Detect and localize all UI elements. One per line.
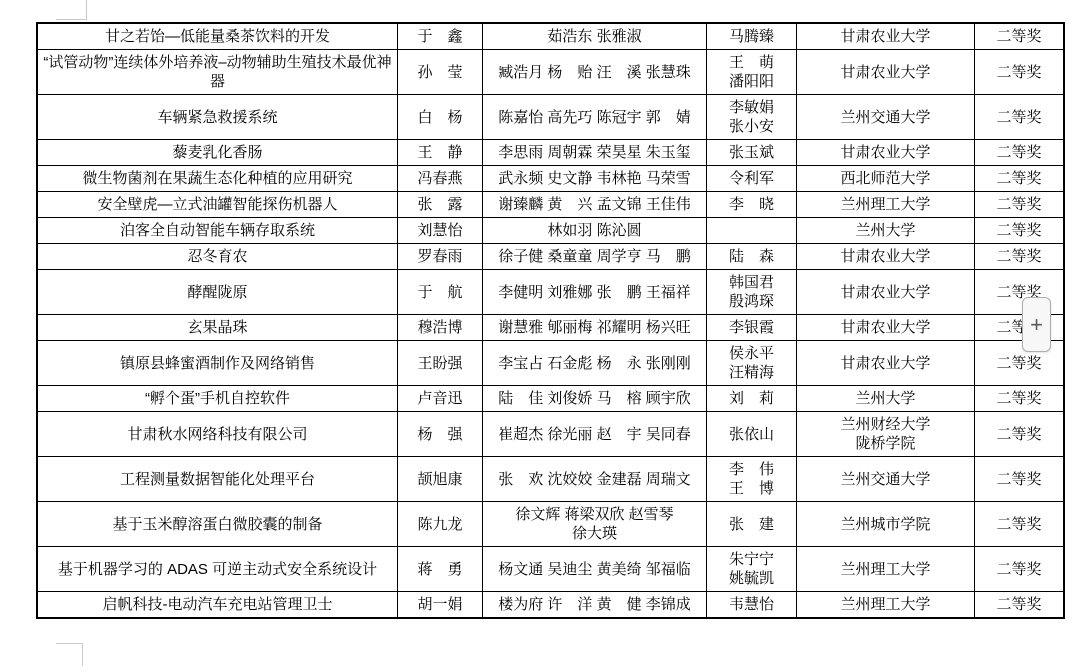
table-row: 甘之若饴—低能量桑茶饮料的开发 于 鑫 茹浩东 张雅淑 马腾臻 甘肃农业大学 二… [37, 23, 1064, 50]
advisors-cell[interactable] [707, 218, 797, 244]
award-level-cell[interactable]: 二等奖 [975, 244, 1065, 270]
leader-name-cell[interactable]: 陈九龙 [398, 502, 483, 547]
project-name-cell[interactable]: 安全壁虎—立式油罐智能探伤机器人 [37, 192, 398, 218]
table-row: 车辆紧急救援系统 白 杨 陈嘉怡 高先巧 陈冠宇 郭 婧 李敏娟 张小安 兰州交… [37, 95, 1064, 140]
table-row: 忍冬育农 罗春雨 徐子健 桑童童 周学亨 马 鹏 陆 森 甘肃农业大学 二等奖 [37, 244, 1064, 270]
team-members-cell[interactable]: 李宝占 石金彪 杨 永 张刚刚 [483, 341, 707, 386]
leader-name-cell[interactable]: 张 露 [398, 192, 483, 218]
university-cell[interactable]: 甘肃农业大学 [797, 270, 975, 315]
project-name-cell[interactable]: 玄果晶珠 [37, 315, 398, 341]
table-row: 启帆科技-电动汽车充电站管理卫士 胡一娟 楼为府 许 洋 黄 健 李锦成 韦慧怡… [37, 592, 1064, 619]
team-members-cell[interactable]: 徐文辉 蒋梁双欣 赵雪琴 徐大瑛 [483, 502, 707, 547]
award-table-body: 甘之若饴—低能量桑茶饮料的开发 于 鑫 茹浩东 张雅淑 马腾臻 甘肃农业大学 二… [37, 23, 1064, 618]
award-level-cell[interactable]: 二等奖 [975, 457, 1065, 502]
plus-icon: + [1030, 314, 1043, 336]
university-cell[interactable]: 甘肃农业大学 [797, 140, 975, 166]
leader-name-cell[interactable]: 白 杨 [398, 95, 483, 140]
university-cell[interactable]: 兰州大学 [797, 218, 975, 244]
project-name-cell[interactable]: 酵醒陇原 [37, 270, 398, 315]
leader-name-cell[interactable]: 孙 莹 [398, 50, 483, 95]
team-members-cell[interactable]: 徐子健 桑童童 周学亨 马 鹏 [483, 244, 707, 270]
leader-name-cell[interactable]: 王盼强 [398, 341, 483, 386]
advisors-cell[interactable]: 王 萌 潘阳阳 [707, 50, 797, 95]
award-level-cell[interactable]: 二等奖 [975, 592, 1065, 619]
university-cell[interactable]: 兰州财经大学 陇桥学院 [797, 412, 975, 457]
leader-name-cell[interactable]: 蒋 勇 [398, 547, 483, 592]
table-row: 甘肃秋水网络科技有限公司 杨 强 崔超杰 徐光丽 赵 宇 吴同春 张依山 兰州财… [37, 412, 1064, 457]
award-level-cell[interactable]: 二等奖 [975, 166, 1065, 192]
table-row: 微生物菌剂在果蔬生态化种植的应用研究 冯春燕 武永频 史文静 韦林艳 马荣雪 令… [37, 166, 1064, 192]
award-list-table: 甘之若饴—低能量桑茶饮料的开发 于 鑫 茹浩东 张雅淑 马腾臻 甘肃农业大学 二… [36, 22, 1065, 619]
award-level-cell[interactable]: 二等奖 [975, 192, 1065, 218]
leader-name-cell[interactable]: 冯春燕 [398, 166, 483, 192]
page-boundary-crop-mark-bottom [56, 643, 83, 666]
team-members-cell[interactable]: 谢慧雅 郇丽梅 祁耀明 杨兴旺 [483, 315, 707, 341]
table-row: “试管动物”连续体外培养液–动物辅助生殖技术最优神器 孙 莹 臧浩月 杨 贻 汪… [37, 50, 1064, 95]
university-cell[interactable]: 甘肃农业大学 [797, 244, 975, 270]
document-page: 甘之若饴—低能量桑茶饮料的开发 于 鑫 茹浩东 张雅淑 马腾臻 甘肃农业大学 二… [0, 0, 1087, 672]
table-row: 基于玉米醇溶蛋白微胶囊的制备 陈九龙 徐文辉 蒋梁双欣 赵雪琴 徐大瑛 张 建 … [37, 502, 1064, 547]
leader-name-cell[interactable]: 杨 强 [398, 412, 483, 457]
team-members-cell[interactable]: 李思雨 周朝霖 荣昊星 朱玉玺 [483, 140, 707, 166]
team-members-cell[interactable]: 林如羽 陈沁圆 [483, 218, 707, 244]
project-name-cell[interactable]: 基于玉米醇溶蛋白微胶囊的制备 [37, 502, 398, 547]
project-name-cell[interactable]: 启帆科技-电动汽车充电站管理卫士 [37, 592, 398, 619]
award-level-cell[interactable]: 二等奖 [975, 95, 1065, 140]
advisors-cell[interactable]: 朱宁宁 姚毓凯 [707, 547, 797, 592]
advisors-cell[interactable]: 陆 森 [707, 244, 797, 270]
award-level-cell[interactable]: 二等奖 [975, 50, 1065, 95]
leader-name-cell[interactable]: 胡一娟 [398, 592, 483, 619]
award-level-cell[interactable]: 二等奖 [975, 502, 1065, 547]
project-name-cell[interactable]: “试管动物”连续体外培养液–动物辅助生殖技术最优神器 [37, 50, 398, 95]
advisors-cell[interactable]: 令利军 [707, 166, 797, 192]
team-members-cell[interactable]: 李健明 刘雅娜 张 鹏 王福祥 [483, 270, 707, 315]
project-name-cell[interactable]: 基于机器学习的 ADAS 可逆主动式安全系统设计 [37, 547, 398, 592]
project-name-cell[interactable]: 车辆紧急救援系统 [37, 95, 398, 140]
page-boundary-crop-mark-top [56, 0, 87, 20]
table-row: 基于机器学习的 ADAS 可逆主动式安全系统设计 蒋 勇 杨文通 吴迪尘 黄美绮… [37, 547, 1064, 592]
advisors-cell[interactable]: 张依山 [707, 412, 797, 457]
advisors-cell[interactable]: 张 建 [707, 502, 797, 547]
project-name-cell[interactable]: 甘之若饴—低能量桑茶饮料的开发 [37, 23, 398, 50]
award-level-cell[interactable]: 二等奖 [975, 23, 1065, 50]
table-row: 镇原县蜂蜜酒制作及网络销售 王盼强 李宝占 石金彪 杨 永 张刚刚 侯永平 汪精… [37, 341, 1064, 386]
team-members-cell[interactable]: 茹浩东 张雅淑 [483, 23, 707, 50]
team-members-cell[interactable]: 武永频 史文静 韦林艳 马荣雪 [483, 166, 707, 192]
project-name-cell[interactable]: “孵个蛋”手机自控软件 [37, 386, 398, 412]
team-members-cell[interactable]: 崔超杰 徐光丽 赵 宇 吴同春 [483, 412, 707, 457]
award-level-cell[interactable]: 二等奖 [975, 412, 1065, 457]
table-row: 工程测量数据智能化处理平台 颉旭康 张 欢 沈姣姣 金建磊 周瑞文 李 伟 王 … [37, 457, 1064, 502]
project-name-cell[interactable]: 忍冬育农 [37, 244, 398, 270]
award-level-cell[interactable]: 二等奖 [975, 218, 1065, 244]
award-level-cell[interactable]: 二等奖 [975, 386, 1065, 412]
add-row-button[interactable]: + [1022, 297, 1051, 352]
table-row: 玄果晶珠 穆浩博 谢慧雅 郇丽梅 祁耀明 杨兴旺 李银霞 甘肃农业大学 二等奖 [37, 315, 1064, 341]
university-cell[interactable]: 甘肃农业大学 [797, 315, 975, 341]
award-level-cell[interactable]: 二等奖 [975, 140, 1065, 166]
leader-name-cell[interactable]: 王 静 [398, 140, 483, 166]
table-row: “孵个蛋”手机自控软件 卢音迅 陆 佳 刘俊娇 马 榕 顾宇欣 刘 莉 兰州大学… [37, 386, 1064, 412]
team-members-cell[interactable]: 张 欢 沈姣姣 金建磊 周瑞文 [483, 457, 707, 502]
leader-name-cell[interactable]: 于 鑫 [398, 23, 483, 50]
advisors-cell[interactable]: 李 伟 王 博 [707, 457, 797, 502]
table-row: 泊客全自动智能车辆存取系统 刘慧怡 林如羽 陈沁圆 兰州大学 二等奖 [37, 218, 1064, 244]
university-cell[interactable]: 西北师范大学 [797, 166, 975, 192]
award-level-cell[interactable]: 二等奖 [975, 547, 1065, 592]
university-cell[interactable]: 兰州交通大学 [797, 457, 975, 502]
university-cell[interactable]: 兰州大学 [797, 386, 975, 412]
university-cell[interactable]: 甘肃农业大学 [797, 341, 975, 386]
leader-name-cell[interactable]: 穆浩博 [398, 315, 483, 341]
advisors-cell[interactable]: 韩国君 殷鸿琛 [707, 270, 797, 315]
university-cell[interactable]: 兰州理工大学 [797, 592, 975, 619]
advisors-cell[interactable]: 刘 莉 [707, 386, 797, 412]
university-cell[interactable]: 兰州城市学院 [797, 502, 975, 547]
team-members-cell[interactable]: 臧浩月 杨 贻 汪 溪 张慧珠 [483, 50, 707, 95]
project-name-cell[interactable]: 藜麦乳化香肠 [37, 140, 398, 166]
advisors-cell[interactable]: 李银霞 [707, 315, 797, 341]
project-name-cell[interactable]: 甘肃秋水网络科技有限公司 [37, 412, 398, 457]
team-members-cell[interactable]: 杨文通 吴迪尘 黄美绮 邹福临 [483, 547, 707, 592]
university-cell[interactable]: 兰州理工大学 [797, 547, 975, 592]
advisors-cell[interactable]: 张玉斌 [707, 140, 797, 166]
table-row: 安全壁虎—立式油罐智能探伤机器人 张 露 谢臻麟 黄 兴 孟文锦 王佳伟 李 晓… [37, 192, 1064, 218]
university-cell[interactable]: 兰州理工大学 [797, 192, 975, 218]
team-members-cell[interactable]: 陈嘉怡 高先巧 陈冠宇 郭 婧 [483, 95, 707, 140]
project-name-cell[interactable]: 镇原县蜂蜜酒制作及网络销售 [37, 341, 398, 386]
team-members-cell[interactable]: 陆 佳 刘俊娇 马 榕 顾宇欣 [483, 386, 707, 412]
university-cell[interactable]: 甘肃农业大学 [797, 23, 975, 50]
advisors-cell[interactable]: 李敏娟 张小安 [707, 95, 797, 140]
project-name-cell[interactable]: 微生物菌剂在果蔬生态化种植的应用研究 [37, 166, 398, 192]
leader-name-cell[interactable]: 颉旭康 [398, 457, 483, 502]
team-members-cell[interactable]: 谢臻麟 黄 兴 孟文锦 王佳伟 [483, 192, 707, 218]
advisors-cell[interactable]: 马腾臻 [707, 23, 797, 50]
leader-name-cell[interactable]: 于 航 [398, 270, 483, 315]
university-cell[interactable]: 兰州交通大学 [797, 95, 975, 140]
advisors-cell[interactable]: 李 晓 [707, 192, 797, 218]
project-name-cell[interactable]: 泊客全自动智能车辆存取系统 [37, 218, 398, 244]
table-row: 藜麦乳化香肠 王 静 李思雨 周朝霖 荣昊星 朱玉玺 张玉斌 甘肃农业大学 二等… [37, 140, 1064, 166]
leader-name-cell[interactable]: 卢音迅 [398, 386, 483, 412]
leader-name-cell[interactable]: 罗春雨 [398, 244, 483, 270]
advisors-cell[interactable]: 侯永平 汪精海 [707, 341, 797, 386]
project-name-cell[interactable]: 工程测量数据智能化处理平台 [37, 457, 398, 502]
university-cell[interactable]: 甘肃农业大学 [797, 50, 975, 95]
table-row: 酵醒陇原 于 航 李健明 刘雅娜 张 鹏 王福祥 韩国君 殷鸿琛 甘肃农业大学 … [37, 270, 1064, 315]
team-members-cell[interactable]: 楼为府 许 洋 黄 健 李锦成 [483, 592, 707, 619]
leader-name-cell[interactable]: 刘慧怡 [398, 218, 483, 244]
advisors-cell[interactable]: 韦慧怡 [707, 592, 797, 619]
